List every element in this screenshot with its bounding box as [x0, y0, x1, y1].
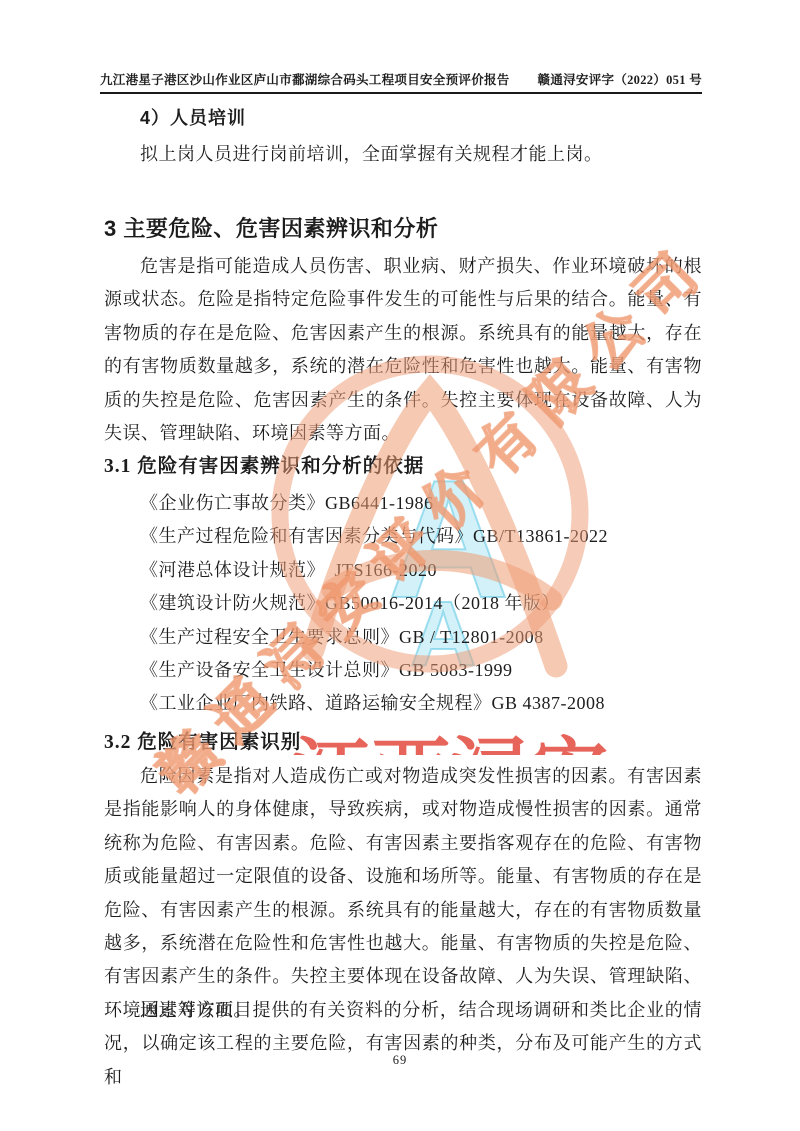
paragraph-section-3-2-a: 危险因素是指对人造成伤亡或对物造成突发性损害的因素。有害因素是指能影响人的身体健…: [104, 760, 702, 1027]
heading-section-3: 3 主要危险、危害因素辨识和分析: [104, 212, 438, 243]
page-number: 69: [0, 1053, 800, 1068]
paragraph-section-3-intro: 危害是指可能造成人员伤害、职业病、财产损失、作业环境破坏的根源或状态。危险是指特…: [104, 250, 702, 450]
header-report-title: 九江港星子港区沙山作业区庐山市鄱湖综合码头工程项目安全预评价报告: [100, 70, 510, 88]
list-item: 《工业企业厂内铁路、道路运输安全规程》GB 4387-2008: [140, 687, 702, 720]
list-item: 《企业伤亡事故分类》GB6441-1986: [140, 487, 702, 520]
paragraph-section-3-2-b: 通过对该项目提供的有关资料的分析，结合现场调研和类比企业的情况，以确定该工程的主…: [104, 994, 702, 1094]
standards-list: 《企业伤亡事故分类》GB6441-1986《生产过程危险和有害因素分类与代码》G…: [140, 487, 702, 721]
list-item: 《建筑设计防火规范》GB50016-2014（2018 年版）: [140, 587, 702, 620]
list-item: 《生产过程危险和有害因素分类与代码》GB/T13861-2022: [140, 520, 702, 553]
heading-personnel-training: 4）人员培训: [140, 104, 246, 130]
heading-section-3-1: 3.1 危险有害因素辨识和分析的依据: [104, 450, 424, 478]
paragraph-training: 拟上岗人员进行岗前培训，全面掌握有关规程才能上岗。: [104, 138, 702, 171]
red-stamp-text: 江西浔安: [293, 731, 609, 755]
heading-section-3-2: 3.2 危险有害因素识别: [104, 726, 301, 754]
list-item: 《生产过程安全卫生要求总则》GB / T12801-2008: [140, 621, 702, 654]
document-page: 江西浔安 A A 九江港星子港区沙山作业区庐山市鄱湖综合码头工程项目安全预评价报…: [0, 0, 800, 1131]
list-item: 《河港总体设计规范》 JTS166-2020: [140, 554, 702, 587]
red-stamp-watermark: 江西浔安: [293, 731, 609, 755]
list-item: 《生产设备安全卫生设计总则》GB 5083-1999: [140, 654, 702, 687]
header-doc-number: 赣通浔安评字（2022）051 号: [538, 70, 702, 88]
page-header: 九江港星子港区沙山作业区庐山市鄱湖综合码头工程项目安全预评价报告 赣通浔安评字（…: [100, 70, 702, 94]
